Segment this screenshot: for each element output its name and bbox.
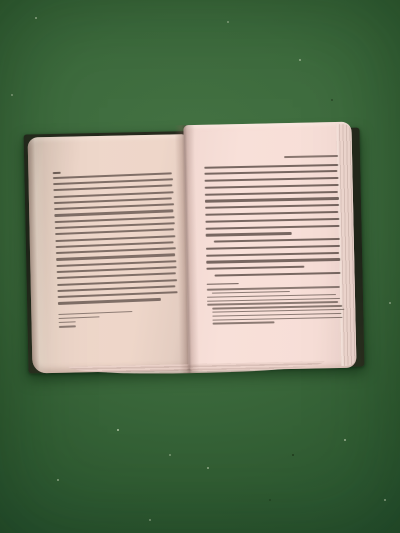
footnote-separator — [207, 281, 341, 285]
text-line — [53, 185, 172, 192]
text-line — [205, 211, 338, 216]
text-line — [205, 184, 339, 189]
right-footnotes — [207, 286, 342, 324]
left-footnotes — [58, 309, 178, 328]
text-line — [53, 172, 61, 174]
text-line — [56, 241, 174, 248]
photo-scene — [0, 0, 400, 533]
right-body-text — [204, 163, 340, 276]
text-line — [206, 266, 304, 270]
text-line — [205, 191, 338, 196]
text-line — [55, 235, 175, 242]
text-line — [206, 245, 340, 250]
text-line — [205, 177, 339, 182]
left-page-text — [53, 167, 180, 346]
text-line — [57, 279, 177, 286]
text-line — [58, 298, 161, 304]
text-line — [54, 210, 173, 217]
text-line — [207, 283, 239, 285]
text-line — [58, 291, 178, 298]
text-line — [213, 322, 275, 325]
running-header-stub — [204, 155, 338, 159]
text-line — [55, 222, 175, 229]
text-line — [57, 285, 175, 292]
text-line — [206, 258, 340, 263]
text-line — [58, 311, 132, 315]
text-line — [284, 155, 338, 158]
text-line — [54, 203, 174, 210]
text-line — [59, 321, 76, 323]
text-line — [207, 294, 336, 298]
text-line — [213, 313, 342, 317]
text-line — [214, 238, 340, 243]
text-line — [56, 247, 176, 254]
text-line — [57, 266, 177, 273]
text-line — [56, 254, 175, 261]
text-line — [215, 272, 341, 277]
text-line — [206, 252, 339, 257]
text-line — [205, 218, 339, 223]
right-page — [183, 122, 356, 371]
text-line — [204, 170, 337, 175]
text-line — [212, 291, 290, 294]
text-line — [53, 178, 173, 185]
text-line — [55, 229, 174, 236]
text-line — [213, 316, 343, 320]
text-line — [205, 197, 339, 202]
text-line — [55, 216, 175, 223]
left-body-text — [53, 172, 178, 304]
text-line — [206, 224, 340, 229]
text-line — [207, 286, 340, 290]
text-line — [59, 325, 76, 327]
text-line — [59, 316, 100, 319]
open-book — [21, 120, 366, 379]
right-page-text — [204, 155, 341, 325]
text-line — [206, 232, 292, 236]
text-line — [57, 273, 176, 280]
text-line — [204, 163, 338, 168]
left-page — [28, 134, 191, 373]
page-block — [27, 122, 359, 377]
text-line — [54, 197, 172, 204]
text-line — [54, 191, 174, 198]
text-line — [56, 260, 176, 267]
text-line — [205, 204, 339, 209]
